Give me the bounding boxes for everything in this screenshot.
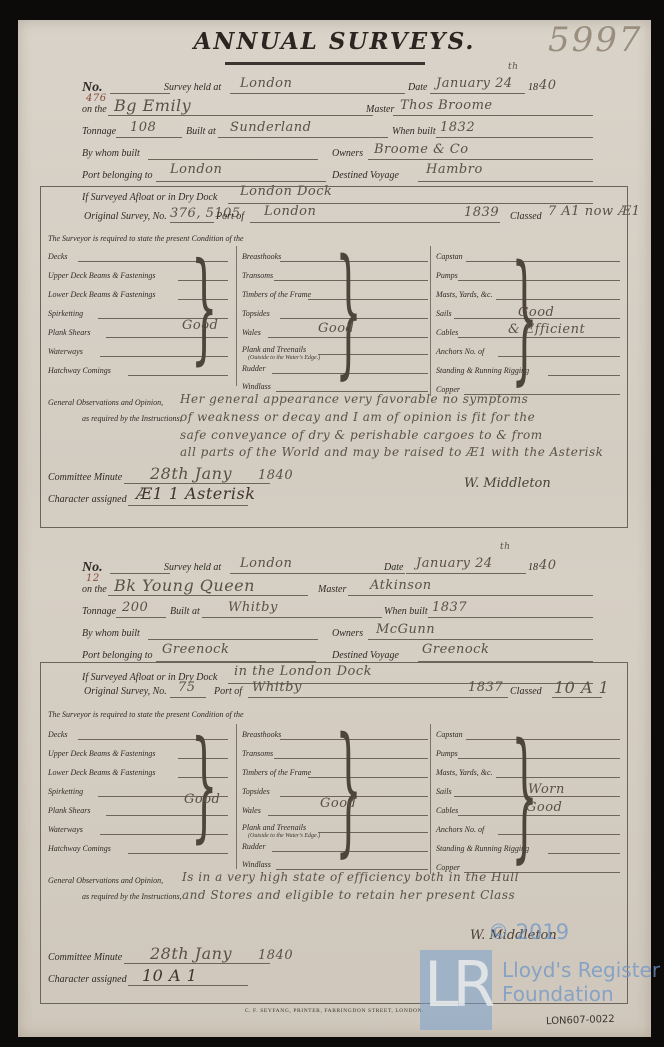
survey-document: 5997 ANNUAL SURVEYS. No. 476 Survey held… — [18, 20, 651, 1037]
observation-line: and Stores and eligible to retain her pr… — [182, 888, 515, 902]
observation-line: Her general appearance very favorable no… — [180, 392, 528, 406]
observation-line: safe conveyance of dry & perishable carg… — [180, 428, 543, 442]
port-of-value: Whitby — [252, 680, 302, 695]
when-built-value: 1837 — [432, 600, 467, 615]
built-at-value: Sunderland — [230, 120, 311, 135]
watermark-copyright: © 2019 — [488, 920, 569, 944]
watermark-line1: Lloyd's Register — [502, 958, 660, 982]
classed-value: 10 A 1 — [554, 678, 609, 697]
lr-logo-letters: LR — [424, 948, 490, 1021]
when-built-value: 1832 — [440, 120, 475, 135]
year-value: 40 — [539, 558, 557, 573]
observation-line: of weakness or decay and I am of opinion… — [180, 410, 535, 424]
owners-value: Broome & Co — [374, 142, 469, 157]
original-year: 1839 — [464, 205, 499, 220]
archive-reference: LON607-0022 — [546, 1014, 615, 1027]
original-year: 1837 — [468, 680, 503, 695]
title-rule — [225, 62, 425, 65]
brace-icon: } — [191, 726, 218, 846]
tonnage-value: 108 — [130, 120, 156, 135]
observation-line: Is in a very high state of efficiency bo… — [182, 870, 519, 884]
brace-icon: } — [191, 248, 218, 368]
classed-value: 7 A1 now Æ1 — [548, 204, 640, 219]
survey-held-at-value: London — [240, 556, 292, 571]
survey-number: 12 — [86, 573, 100, 584]
condition-col2: Good — [320, 796, 356, 811]
master-value: Thos Broome — [400, 98, 493, 113]
brace-icon: } — [335, 720, 362, 860]
destined-voyage-value: Hambro — [426, 162, 483, 177]
port-of-value: London — [264, 204, 316, 219]
survey-held-at-value: London — [240, 76, 292, 91]
port-belonging-value: London — [170, 162, 222, 177]
committee-minute-value: 28th Jany — [150, 464, 232, 483]
printer-imprint: C. F. SEYFANG, PRINTER, FARRINGDON STREE… — [18, 1008, 651, 1014]
original-survey-no: 75 — [178, 680, 196, 695]
condition-sails: Worn — [528, 782, 565, 797]
survey-number: 476 — [86, 93, 107, 104]
condition-col1: Good — [184, 792, 220, 807]
destined-voyage-value: Greenock — [422, 642, 489, 657]
observation-line: all parts of the World and may be raised… — [180, 445, 603, 459]
year-value: 40 — [539, 78, 557, 93]
vessel-name: Bk Young Queen — [114, 576, 255, 595]
watermark-line2: Foundation — [502, 982, 614, 1006]
condition-col1: Good — [182, 318, 218, 333]
committee-year: 1840 — [258, 948, 293, 963]
condition-cables: & Efficient — [508, 322, 585, 337]
character-assigned-value: Æ1 1 Asterisk — [136, 484, 255, 503]
vessel-name: Bg Emily — [114, 96, 191, 115]
character-assigned-value: 10 A 1 — [142, 966, 197, 985]
date-label: Date — [408, 82, 427, 93]
tonnage-value: 200 — [122, 600, 148, 615]
condition-sails: Good — [518, 305, 554, 320]
condition-cables: Good — [526, 800, 562, 815]
brace-icon: } — [335, 242, 362, 382]
built-at-value: Whitby — [228, 600, 278, 615]
master-value: Atkinson — [370, 578, 432, 593]
survey-held-at-label: Survey held at — [164, 82, 221, 93]
committee-minute-value: 28th Jany — [150, 944, 232, 963]
document-title: ANNUAL SURVEYS. — [18, 28, 651, 55]
owners-value: McGunn — [376, 622, 435, 637]
date-value: January 24 — [416, 556, 493, 571]
port-belonging-value: Greenock — [162, 642, 229, 657]
date-value: January 24 — [436, 76, 513, 91]
condition-col2: Good — [318, 321, 354, 336]
committee-year: 1840 — [258, 468, 293, 483]
surveyor-signature: W. Middleton — [464, 476, 551, 491]
